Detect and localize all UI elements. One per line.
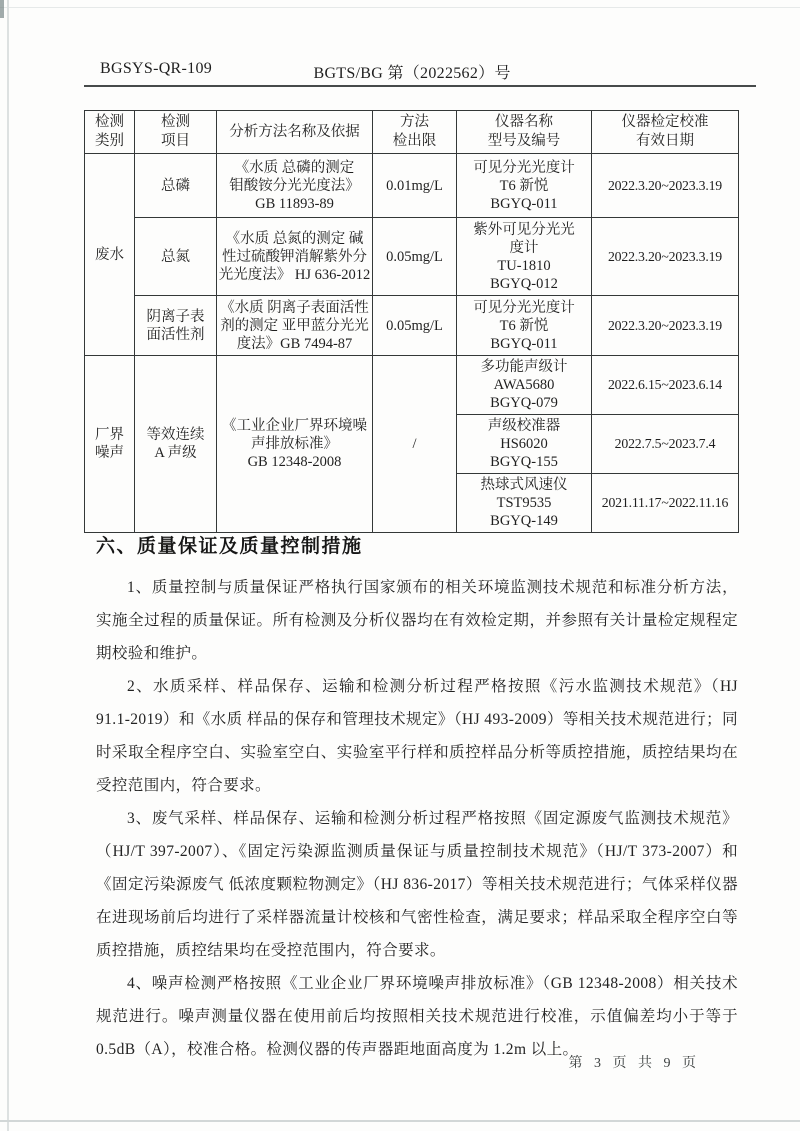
cell-limit: / [373, 356, 457, 533]
scan-edge-left [7, 0, 9, 1131]
cell-limit: 0.01mg/L [373, 154, 457, 218]
cell-method: 《水质 阴离子表面活性 剂的测定 亚甲蓝分光光 度法》GB 7494-87 [217, 296, 373, 356]
cell-method: 《水质 总氮的测定 碱 性过硫酸钾消解紫外分 光光度法》 HJ 636-2012 [217, 218, 373, 296]
cell-item: 等效连续 A 声级 [135, 356, 217, 533]
monitoring-methods-table: 检测 类别 检测 项目 分析方法名称及依据 方法 检出限 仪器名称 型号及编号 … [84, 110, 739, 533]
cell-validity: 2022.3.20~2023.3.19 [592, 296, 739, 356]
cell-instrument: 可见分光光度计 T6 新悦 BGYQ-011 [457, 296, 592, 356]
paragraph-gas-sampling: 3、废气采样、样品保存、运输和检测分析过程严格按照《固定源废气监测技术规范》（H… [96, 802, 738, 967]
table-row: 厂界 噪声 等效连续 A 声级 《工业企业厂界环境噪 声排放标准》 GB 123… [85, 356, 739, 415]
page-footer: 第 3 页 共 9 页 [569, 1052, 701, 1072]
cell-instrument: 紫外可见分光光 度计 TU-1810 BGYQ-012 [457, 218, 592, 296]
cell-category-wastewater: 废水 [85, 154, 135, 356]
cell-validity: 2022.3.20~2023.3.19 [592, 154, 739, 218]
paragraph-water-sampling: 2、水质采样、样品保存、运输和检测分析过程严格按照《污水监测技术规范》（HJ 9… [96, 670, 738, 802]
cell-method: 《工业企业厂界环境噪 声排放标准》 GB 12348-2008 [217, 356, 373, 533]
cell-validity: 2022.3.20~2023.3.19 [592, 218, 739, 296]
cell-limit: 0.05mg/L [373, 218, 457, 296]
section-title: 六、质量保证及质量控制措施 [96, 531, 738, 558]
section-qa-qc: 六、质量保证及质量控制措施 1、质量控制与质量保证严格执行国家颁布的相关环境监测… [96, 531, 738, 1066]
cell-validity: 2021.11.17~2022.11.16 [592, 474, 739, 533]
cell-item: 总氮 [135, 218, 217, 296]
cell-category-noise: 厂界 噪声 [85, 356, 135, 533]
cell-instrument: 热球式风速仪 TST9535 BGYQ-149 [457, 474, 592, 533]
cell-limit: 0.05mg/L [373, 296, 457, 356]
table-row: 总氮 《水质 总氮的测定 碱 性过硫酸钾消解紫外分 光光度法》 HJ 636-2… [85, 218, 739, 296]
scan-corner-mark [0, 0, 4, 18]
scan-edge-top [0, 7, 800, 8]
scan-edge-bottom [0, 1120, 800, 1122]
paragraph-quality-control: 1、质量控制与质量保证严格执行国家颁布的相关环境监测技术规范和标准分析方法，实施… [96, 571, 738, 670]
table-row: 废水 总磷 《水质 总磷的测定 钼酸铵分光光度法》 GB 11893-89 0.… [85, 154, 739, 218]
cell-item: 总磷 [135, 154, 217, 218]
table-row: 阴离子表 面活性剂 《水质 阴离子表面活性 剂的测定 亚甲蓝分光光 度法》GB … [85, 296, 739, 356]
report-number: BGTS/BG 第（2022562）号 [313, 60, 510, 83]
cell-method: 《水质 总磷的测定 钼酸铵分光光度法》 GB 11893-89 [217, 154, 373, 218]
column-header-instrument: 仪器名称 型号及编号 [457, 111, 592, 154]
document-code: BGSYS-QR-109 [100, 60, 212, 77]
cell-item: 阴离子表 面活性剂 [135, 296, 217, 356]
scanned-document-page: BGSYS-QR-109 BGTS/BG 第（2022562）号 检测 类别 检… [0, 0, 800, 1131]
column-header-item: 检测 项目 [135, 111, 217, 154]
cell-instrument: 多功能声级计 AWA5680 BGYQ-079 [457, 356, 592, 415]
column-header-category: 检测 类别 [85, 111, 135, 154]
table-header-row: 检测 类别 检测 项目 分析方法名称及依据 方法 检出限 仪器名称 型号及编号 … [85, 111, 739, 154]
cell-validity: 2022.7.5~2023.7.4 [592, 415, 739, 474]
column-header-limit: 方法 检出限 [373, 111, 457, 154]
cell-instrument: 声级校准器 HS6020 BGYQ-155 [457, 415, 592, 474]
cell-validity: 2022.6.15~2023.6.14 [592, 356, 739, 415]
cell-instrument: 可见分光光度计 T6 新悦 BGYQ-011 [457, 154, 592, 218]
column-header-validity: 仪器检定校准 有效日期 [592, 111, 739, 154]
page-number: 第 3 页 共 9 页 [569, 1056, 701, 1071]
column-header-method: 分析方法名称及依据 [217, 111, 373, 154]
document-header: BGSYS-QR-109 BGTS/BG 第（2022562）号 [84, 60, 756, 87]
